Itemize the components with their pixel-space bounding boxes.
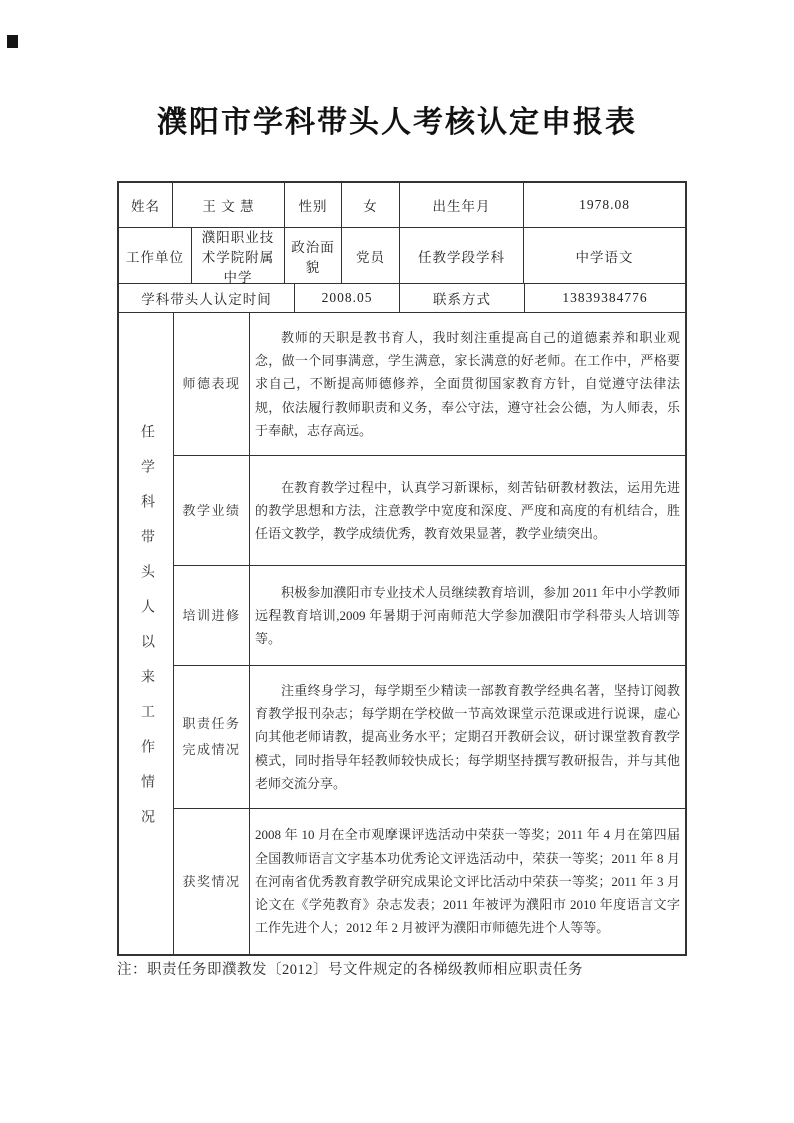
section-duty-completion-content: 注重终身学习，每学期至少精读一部教育教学经典名著，坚持订阅教育教学报刊杂志；每学… <box>250 666 685 808</box>
scan-artifact <box>7 35 18 48</box>
political-status-value: 党员 <box>342 228 400 283</box>
table-row-recognition: 学科带头人认定时间 2008.05 联系方式 13839384776 <box>119 284 685 313</box>
section-teacher-ethics-content: 教师的天职是教书育人，我时刻注重提高自己的道德素养和职业观念，做一个同事满意，学… <box>250 313 685 455</box>
teaching-subject-label: 任教学段学科 <box>400 228 524 283</box>
recognition-time-value: 2008.05 <box>295 284 400 312</box>
section-training-label: 培训进修 <box>174 566 250 665</box>
birth-date-value: 1978.08 <box>524 183 685 227</box>
political-status-label: 政治面貌 <box>285 228 342 283</box>
section-awards: 获奖情况 2008 年 10 月在全市观摩课评选活动中荣获一等奖；2011 年 … <box>174 809 685 954</box>
gender-value: 女 <box>342 183 400 227</box>
section-awards-content: 2008 年 10 月在全市观摩课评选活动中荣获一等奖；2011 年 4 月在第… <box>250 809 685 954</box>
section-awards-text: 2008 年 10 月在全市观摩课评选活动中荣获一等奖；2011 年 4 月在第… <box>255 823 680 939</box>
contact-value: 13839384776 <box>525 284 685 312</box>
gender-label: 性别 <box>285 183 342 227</box>
teaching-subject-value: 中学语文 <box>524 228 685 283</box>
application-form-table: 姓名 王 文 慧 性别 女 出生年月 1978.08 工作单位 濮阳职业技术学院… <box>117 181 687 956</box>
footnote: 注：职责任务即濮教发〔2012〕号文件规定的各梯级教师相应职责任务 <box>117 958 583 979</box>
sections-column: 师德表现 教师的天职是教书育人，我时刻注重提高自己的道德素养和职业观念，做一个同… <box>174 313 685 954</box>
vertical-header-text: 任学科带头人以来工作情况 <box>136 424 156 844</box>
work-unit-label: 工作单位 <box>119 228 192 283</box>
section-training-content: 积极参加濮阳市专业技术人员继续教育培训，参加 2011 年中小学教师远程教育培训… <box>250 566 685 665</box>
section-teaching-performance: 教学业绩 在教育教学过程中，认真学习新课标，刻苦钻研教材教法，运用先进的教学思想… <box>174 456 685 566</box>
page-title: 濮阳市学科带头人考核认定申报表 <box>0 97 794 141</box>
section-duty-completion-label: 职责任务完成情况 <box>174 666 250 808</box>
section-training-text: 积极参加濮阳市专业技术人员继续教育培训，参加 2011 年中小学教师远程教育培训… <box>255 581 680 651</box>
section-teaching-performance-text: 在教育教学过程中，认真学习新课标，刻苦钻研教材教法，运用先进的教学思想和方法，注… <box>255 476 680 546</box>
recognition-time-label: 学科带头人认定时间 <box>119 284 295 312</box>
section-teaching-performance-content: 在教育教学过程中，认真学习新课标，刻苦钻研教材教法，运用先进的教学思想和方法，注… <box>250 456 685 565</box>
name-value: 王 文 慧 <box>173 183 285 227</box>
section-teaching-performance-label: 教学业绩 <box>174 456 250 565</box>
section-teacher-ethics-label: 师德表现 <box>174 313 250 455</box>
section-duty-completion: 职责任务完成情况 注重终身学习，每学期至少精读一部教育教学经典名著，坚持订阅教育… <box>174 666 685 809</box>
birth-date-label: 出生年月 <box>400 183 524 227</box>
section-training: 培训进修 积极参加濮阳市专业技术人员继续教育培训，参加 2011 年中小学教师远… <box>174 566 685 666</box>
contact-label: 联系方式 <box>400 284 525 312</box>
work-situation-body: 任学科带头人以来工作情况 师德表现 教师的天职是教书育人，我时刻注重提高自己的道… <box>119 313 685 954</box>
section-teacher-ethics-text: 教师的天职是教书育人，我时刻注重提高自己的道德素养和职业观念，做一个同事满意，学… <box>255 326 680 442</box>
name-label: 姓名 <box>119 183 173 227</box>
table-row-personal: 姓名 王 文 慧 性别 女 出生年月 1978.08 <box>119 183 685 228</box>
section-awards-label: 获奖情况 <box>174 809 250 954</box>
table-row-workunit: 工作单位 濮阳职业技术学院附属中学 政治面貌 党员 任教学段学科 中学语文 <box>119 228 685 284</box>
section-teacher-ethics: 师德表现 教师的天职是教书育人，我时刻注重提高自己的道德素养和职业观念，做一个同… <box>174 313 685 456</box>
work-unit-value: 濮阳职业技术学院附属中学 <box>192 228 285 283</box>
document-page: 濮阳市学科带头人考核认定申报表 姓名 王 文 慧 性别 女 出生年月 1978.… <box>0 0 794 1123</box>
section-duty-completion-text: 注重终身学习，每学期至少精读一部教育教学经典名著，坚持订阅教育教学报刊杂志；每学… <box>255 679 680 795</box>
vertical-header-cell: 任学科带头人以来工作情况 <box>119 313 174 954</box>
